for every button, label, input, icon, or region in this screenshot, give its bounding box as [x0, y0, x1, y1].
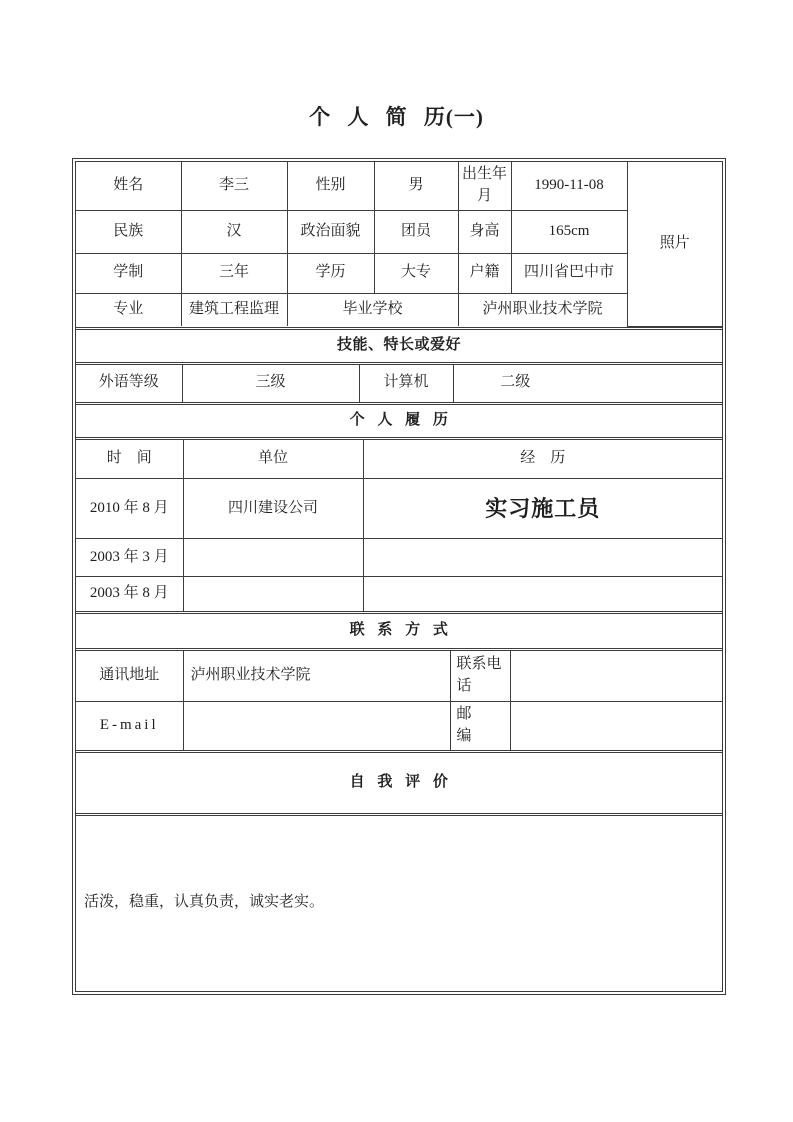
self-evaluation-section: 自 我 评 价 — [76, 750, 722, 814]
table-row: 2010 年 8 月 四川建设公司 实习施工员 — [76, 479, 722, 539]
height-value: 165cm — [511, 210, 627, 253]
major-value: 建筑工程监理 — [181, 293, 287, 326]
schooling-length-label: 学制 — [76, 253, 181, 293]
ethnicity-value: 汉 — [181, 210, 287, 253]
history-time-value: 2010 年 8 月 — [76, 479, 183, 539]
page-title: 个 人 简 历(一) — [0, 0, 793, 132]
phone-value — [510, 650, 722, 702]
history-experience-header: 经 历 — [363, 439, 722, 479]
gender-label: 性别 — [287, 162, 374, 210]
history-time-value: 2003 年 3 月 — [76, 539, 183, 577]
history-unit-value: 四川建设公司 — [183, 479, 363, 539]
gender-value: 男 — [374, 162, 458, 210]
self-evaluation-title: 自 我 评 价 — [76, 751, 722, 813]
skills-section: 技能、特长或爱好 — [76, 327, 722, 363]
zip-label: 邮 编 — [450, 702, 510, 750]
height-label: 身高 — [458, 210, 511, 253]
birthdate-label: 出生年月 — [458, 162, 511, 210]
self-evaluation-content-table: 活泼，稳重，认真负责，诚实老实。 — [76, 813, 722, 991]
address-value: 泸州职业技术学院 — [183, 650, 450, 702]
foreign-language-value: 三级 — [182, 364, 359, 402]
name-label: 姓名 — [76, 162, 181, 210]
table-row: 专业 建筑工程监理 毕业学校 泸州职业技术学院 — [76, 293, 722, 326]
table-row: 学制 三年 学历 大专 户籍 四川省巴中市 — [76, 253, 722, 293]
email-value — [183, 702, 450, 750]
history-time-header: 时 间 — [76, 439, 183, 479]
computer-label: 计算机 — [359, 364, 453, 402]
table-row: 时 间 单位 经 历 — [76, 439, 722, 479]
ethnicity-label: 民族 — [76, 210, 181, 253]
history-experience-value — [363, 539, 722, 577]
name-value: 李三 — [181, 162, 287, 210]
basic-info-table: 姓名 李三 性别 男 出生年月 1990-11-08 照片 民族 汉 政治面貌 … — [76, 162, 722, 327]
education-label: 学历 — [287, 253, 374, 293]
table-row: 自 我 评 价 — [76, 751, 722, 813]
table-row: 活泼，稳重，认真负责，诚实老实。 — [76, 815, 722, 991]
table-row: 通讯地址 泸州职业技术学院 联系电 话 — [76, 650, 722, 702]
table-row: E-mail 邮 编 — [76, 702, 722, 750]
phone-label: 联系电 话 — [450, 650, 510, 702]
history-experience-value: 实习施工员 — [363, 479, 722, 539]
document-page: 个 人 简 历(一) 姓名 李三 性别 男 出生年月 1990-11-08 照片… — [0, 0, 793, 1122]
history-experience-value — [363, 577, 722, 611]
self-evaluation-content: 活泼，稳重，认真负责，诚实老实。 — [76, 815, 722, 991]
resume-table: 姓名 李三 性别 男 出生年月 1990-11-08 照片 民族 汉 政治面貌 … — [72, 158, 726, 995]
table-row: 技能、特长或爱好 — [76, 328, 722, 362]
political-status-label: 政治面貌 — [287, 210, 374, 253]
residence-value: 四川省巴中市 — [511, 253, 627, 293]
history-unit-header: 单位 — [183, 439, 363, 479]
history-section: 个 人 履 历 — [76, 402, 722, 438]
education-value: 大专 — [374, 253, 458, 293]
table-row: 个 人 履 历 — [76, 403, 722, 437]
history-table: 时 间 单位 经 历 2010 年 8 月 四川建设公司 实习施工员 2003 … — [76, 437, 722, 611]
contact-section-title: 联 系 方 式 — [76, 612, 722, 648]
foreign-language-label: 外语等级 — [76, 364, 182, 402]
contact-section: 联 系 方 式 — [76, 611, 722, 649]
graduate-school-label: 毕业学校 — [287, 293, 458, 326]
political-status-value: 团员 — [374, 210, 458, 253]
table-row: 联 系 方 式 — [76, 612, 722, 648]
major-label: 专业 — [76, 293, 181, 326]
contact-table: 通讯地址 泸州职业技术学院 联系电 话 E-mail 邮 编 — [76, 648, 722, 750]
history-unit-value — [183, 539, 363, 577]
history-section-title: 个 人 履 历 — [76, 403, 722, 437]
graduate-school-value: 泸州职业技术学院 — [458, 293, 627, 326]
address-label: 通讯地址 — [76, 650, 183, 702]
table-row: 2003 年 3 月 — [76, 539, 722, 577]
table-row: 2003 年 8 月 — [76, 577, 722, 611]
history-unit-value — [183, 577, 363, 611]
zip-value — [510, 702, 722, 750]
table-row: 外语等级 三级 计算机 二级 — [76, 364, 722, 402]
skills-table: 外语等级 三级 计算机 二级 — [76, 362, 722, 402]
email-label: E-mail — [76, 702, 183, 750]
skills-section-title: 技能、特长或爱好 — [76, 328, 722, 362]
photo-placeholder: 照片 — [627, 162, 722, 326]
residence-label: 户籍 — [458, 253, 511, 293]
schooling-length-value: 三年 — [181, 253, 287, 293]
history-time-value: 2003 年 8 月 — [76, 577, 183, 611]
table-row: 姓名 李三 性别 男 出生年月 1990-11-08 照片 — [76, 162, 722, 210]
table-row: 民族 汉 政治面貌 团员 身高 165cm — [76, 210, 722, 253]
birthdate-value: 1990-11-08 — [511, 162, 627, 210]
computer-value: 二级 — [453, 364, 722, 402]
